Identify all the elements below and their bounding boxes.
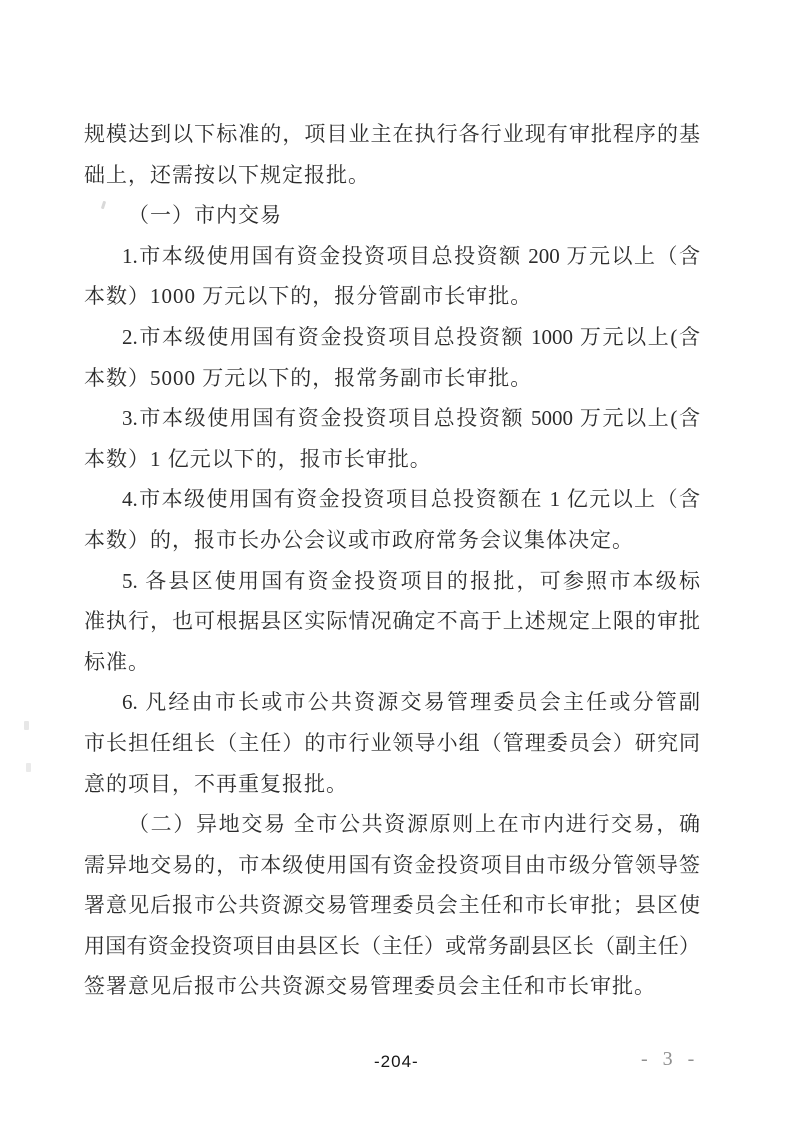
sheet-page-number: - 3 -	[641, 1048, 699, 1071]
text-line: 本数）1000 万元以下的，报分管副市长审批。	[84, 276, 700, 317]
text-line: 标准。	[84, 642, 700, 683]
document-body: 规模达到以下标准的，项目业主在执行各行业现有审批程序的基 础上，还需按以下规定报…	[84, 114, 700, 1007]
text-line: 本数）5000 万元以下的，报常务副市长审批。	[84, 358, 700, 399]
text-line: 准执行，也可根据县区实际情况确定不高于上述规定上限的审批	[84, 601, 700, 642]
scan-speck	[26, 763, 31, 772]
document-page: 规模达到以下标准的，项目业主在执行各行业现有审批程序的基 础上，还需按以下规定报…	[0, 0, 793, 1122]
text-line: 础上，还需按以下规定报批。	[84, 155, 700, 196]
text-line: 5. 各县区使用国有资金投资项目的报批，可参照市本级标	[84, 561, 700, 602]
text-line: 1.市本级使用国有资金投资项目总投资额 200 万元以上（含	[84, 236, 700, 277]
text-line: 意的项目，不再重复报批。	[84, 764, 700, 805]
text-line: 4.市本级使用国有资金投资项目总投资额在 1 亿元以上（含	[84, 479, 700, 520]
text-line: 市长担任组长（主任）的市行业领导小组（管理委员会）研究同	[84, 723, 700, 764]
section-heading-1: （一）市内交易	[84, 195, 700, 236]
text-line: 2.市本级使用国有资金投资项目总投资额 1000 万元以上(含	[84, 317, 700, 358]
text-line: 本数）1 亿元以下的，报市长审批。	[84, 439, 700, 480]
text-line: 3.市本级使用国有资金投资项目总投资额 5000 万元以上(含	[84, 398, 700, 439]
doc-page-number: -204-	[374, 1052, 419, 1072]
text-line: 本数）的，报市长办公会议或市政府常务会议集体决定。	[84, 520, 700, 561]
scan-speck	[24, 721, 29, 730]
text-line: 用国有资金投资项目由县区长（主任）或常务副县区长（副主任）	[84, 926, 700, 967]
text-line: 署意见后报市公共资源交易管理委员会主任和市长审批；县区使	[84, 885, 700, 926]
section-heading-2: （二）异地交易 全市公共资源原则上在市内进行交易，确	[84, 804, 700, 845]
text-line: 规模达到以下标准的，项目业主在执行各行业现有审批程序的基	[84, 114, 700, 155]
text-line: 签署意见后报市公共资源交易管理委员会主任和市长审批。	[84, 966, 700, 1007]
text-line: 6. 凡经由市长或市公共资源交易管理委员会主任或分管副	[84, 682, 700, 723]
text-line: 需异地交易的，市本级使用国有资金投资项目由市级分管领导签	[84, 845, 700, 886]
